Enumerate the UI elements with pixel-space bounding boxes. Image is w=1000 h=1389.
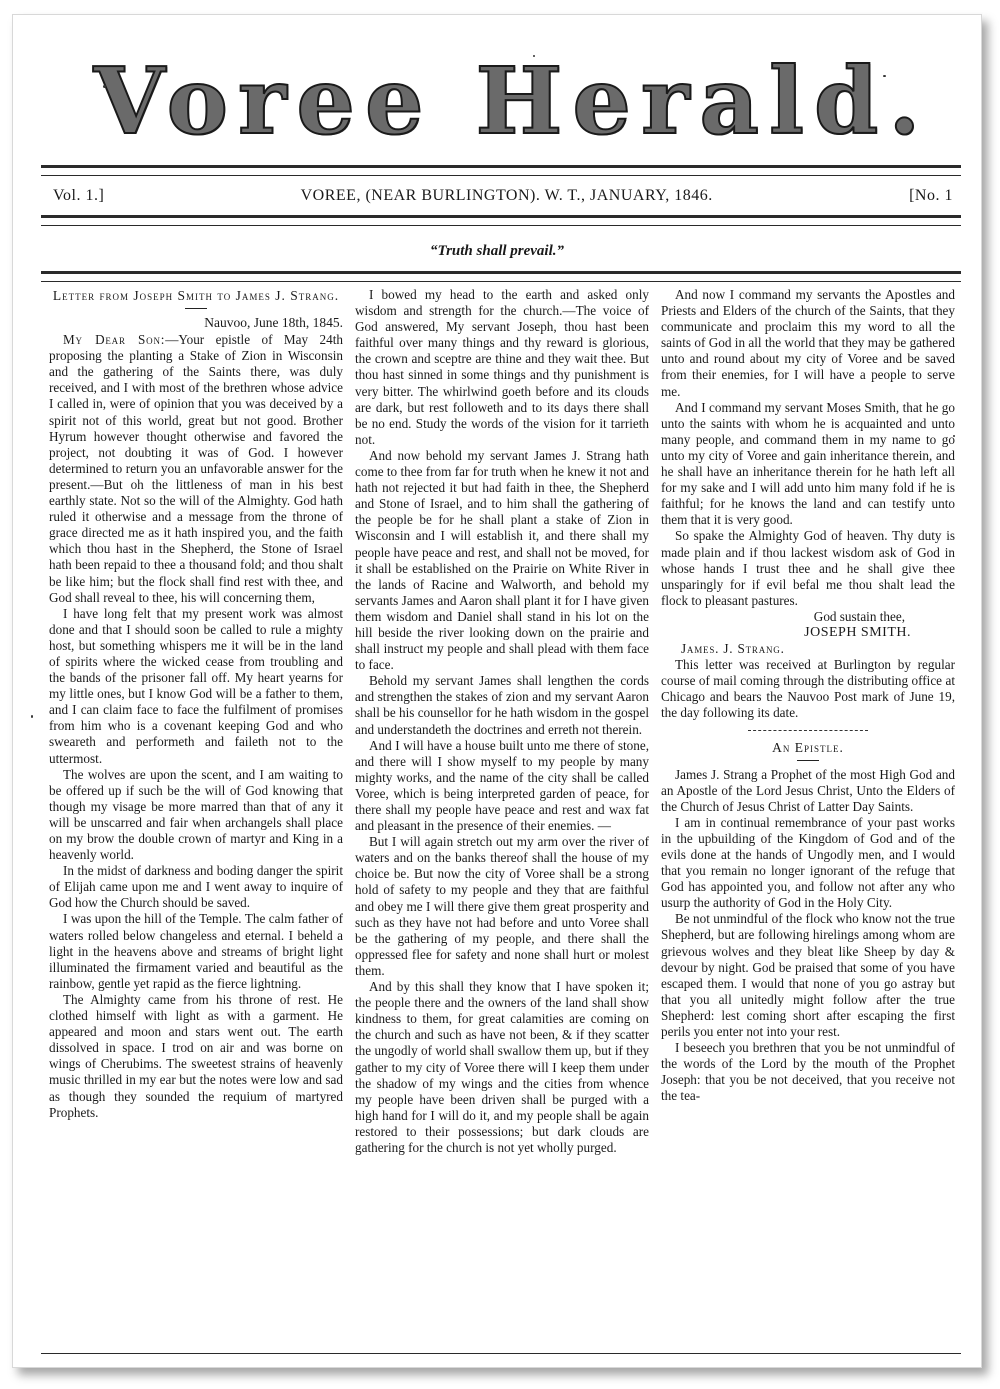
- letter-paragraph: And now I command my servants the Apostl…: [661, 287, 955, 400]
- masthead-rule-top: [41, 165, 961, 176]
- print-speck: [883, 75, 886, 77]
- letter-paragraph: I have long felt that my present work wa…: [49, 606, 343, 767]
- issue-dateline: Vol. 1.] VOREE, (NEAR BURLINGTON). W. T.…: [53, 187, 953, 205]
- column-2: I bowed my head to the earth and asked o…: [349, 287, 655, 1357]
- headline-dash: [797, 760, 819, 761]
- letter-signature: JOSEPH SMITH.: [661, 625, 955, 641]
- print-speck: [31, 715, 33, 718]
- letter-paragraph: In the midst of darkness and boding dang…: [49, 863, 343, 911]
- headline-dash: [185, 308, 207, 309]
- volume-label: Vol. 1.]: [53, 187, 104, 205]
- letter-paragraph: Behold my servant James shall lengthen t…: [355, 673, 649, 737]
- letter-paragraph: And now behold my servant James J. Stran…: [355, 448, 649, 673]
- page-bottom-rule: [41, 1353, 961, 1354]
- epistle-paragraph: Be not unmindful of the flock who know n…: [661, 911, 955, 1040]
- letter-salutation: My Dear Son:: [63, 332, 165, 347]
- print-speck: [103, 85, 106, 88]
- letter-headline: Letter from Joseph Smith to James J. Str…: [49, 287, 343, 304]
- motto: “Truth shall prevail.”: [13, 243, 981, 260]
- letter-note: This letter was received at Burlington b…: [661, 657, 955, 721]
- letter-paragraph: I bowed my head to the earth and asked o…: [355, 287, 649, 448]
- masthead-rule-bottom: [41, 271, 961, 282]
- letter-paragraph: But I will again stretch out my arm over…: [355, 834, 649, 979]
- epistle-headline: An Epistle.: [661, 739, 955, 756]
- letter-recipient: James. J. Strang.: [661, 641, 955, 657]
- epistle-paragraph: I beseech you brethren that you be not u…: [661, 1040, 955, 1104]
- letter-paragraph: My Dear Son:—Your epistle of May 24th pr…: [49, 332, 343, 606]
- letter-paragraph: And by this shall they know that I have …: [355, 979, 649, 1156]
- print-speck: [533, 55, 535, 57]
- column-3: And now I command my servants the Apostl…: [655, 287, 961, 1357]
- masthead-rule-middle: [41, 215, 961, 226]
- print-speck: [953, 435, 955, 437]
- epistle-address: James J. Strang a Prophet of the most Hi…: [661, 767, 955, 815]
- letter-paragraph: The Almighty came from his throne of res…: [49, 992, 343, 1121]
- masthead: Voree Herald.: [13, 51, 981, 151]
- epistle-paragraph: I am in continual remembrance of your pa…: [661, 815, 955, 912]
- article-columns: Letter from Joseph Smith to James J. Str…: [43, 287, 963, 1357]
- newspaper-page: Voree Herald. Vol. 1.] VOREE, (NEAR BURL…: [12, 14, 982, 1368]
- column-1: Letter from Joseph Smith to James J. Str…: [43, 287, 349, 1357]
- letter-paragraph: I was upon the hill of the Temple. The c…: [49, 911, 343, 991]
- letter-paragraph: So spake the Almighty God of heaven. Thy…: [661, 528, 955, 608]
- letter-signoff: God sustain thee,: [661, 609, 955, 625]
- letter-paragraph: The wolves are upon the scent, and I am …: [49, 767, 343, 864]
- letter-dateline: Nauvoo, June 18th, 1845.: [49, 315, 343, 331]
- place-date: VOREE, (NEAR BURLINGTON). W. T., JANUARY…: [301, 187, 713, 205]
- section-divider: [748, 730, 868, 731]
- letter-paragraph: And I command my servant Moses Smith, th…: [661, 400, 955, 529]
- issue-number: [No. 1: [909, 187, 953, 205]
- newspaper-title: Voree Herald.: [94, 51, 931, 151]
- letter-paragraph: And I will have a house built unto me th…: [355, 738, 649, 835]
